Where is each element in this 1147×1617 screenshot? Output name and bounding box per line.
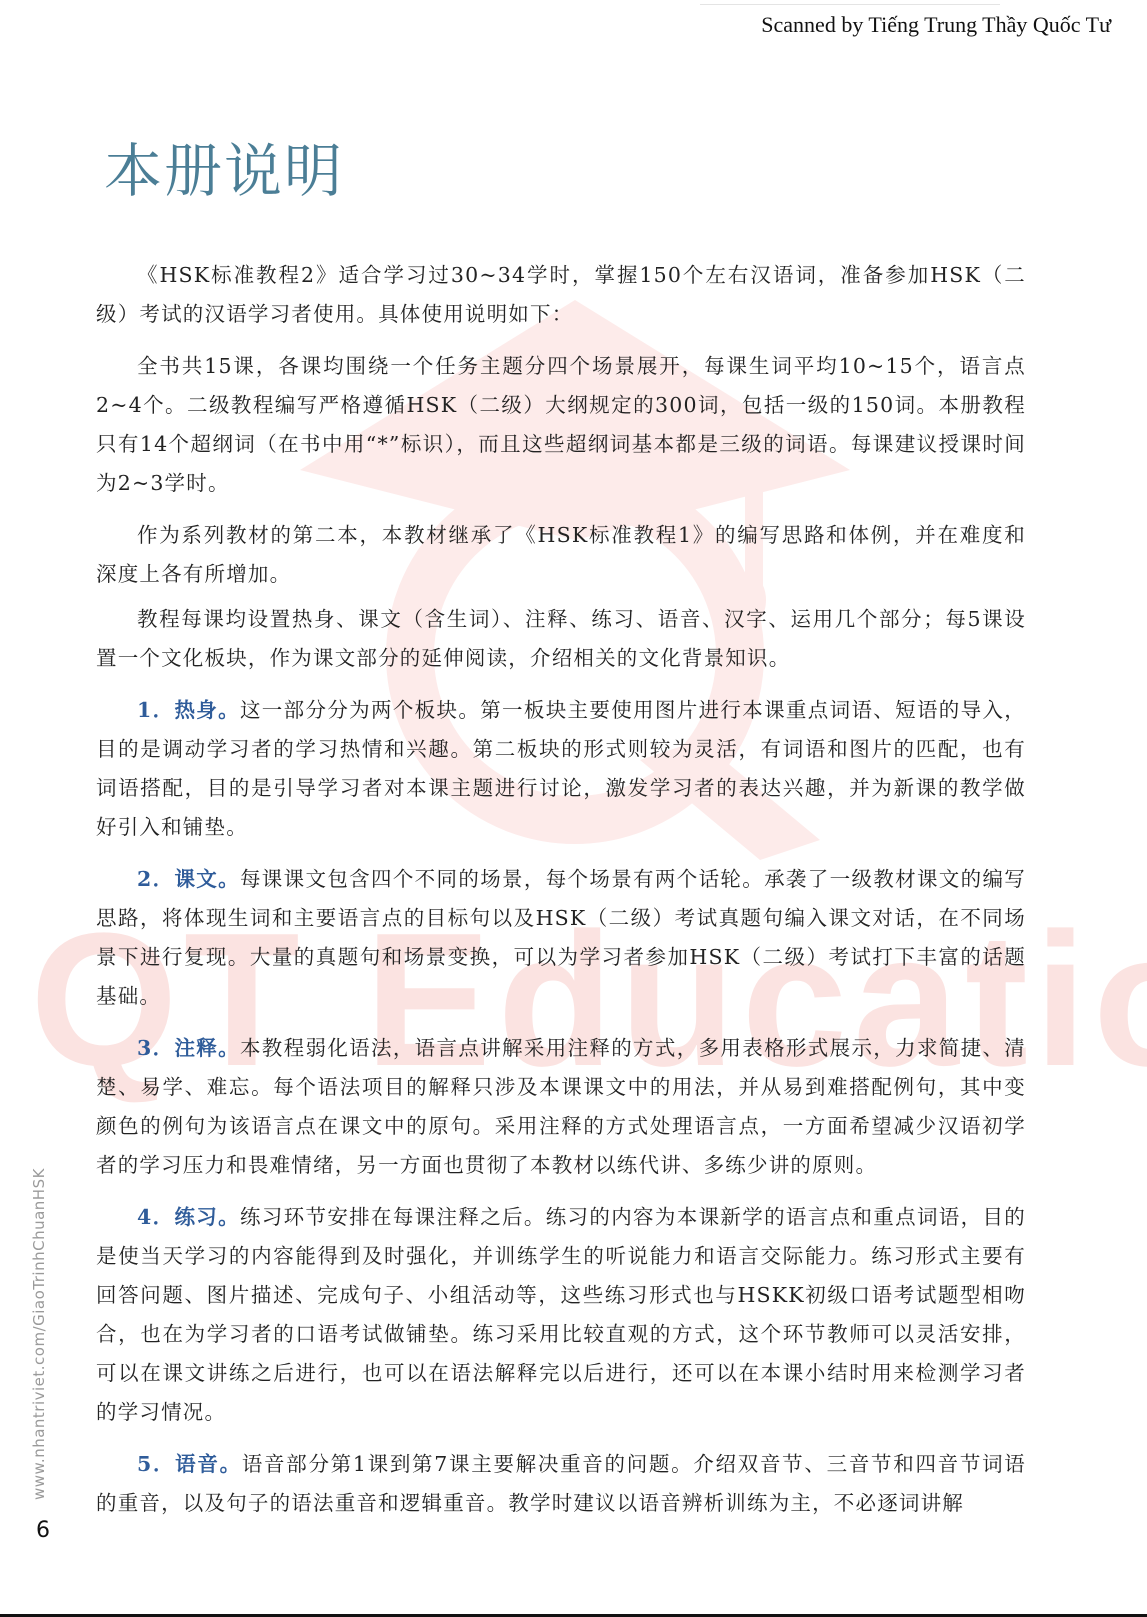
section-heading-text: 2．课文。 [137, 867, 240, 891]
paragraph-text: 教程每课均设置热身、课文（含生词）、注释、练习、语音、汉字、运用几个部分；每5课… [96, 607, 1026, 670]
paragraph-intro: 《HSK标准教程2》适合学习过30~34学时，掌握150个左右汉语词，准备参加H… [96, 256, 1026, 334]
page-title: 本册说明 [104, 124, 344, 208]
paragraph-text: 全书共15课，各课均围绕一个任务主题分四个场景展开，每课生词平均10~15个，语… [96, 354, 1026, 495]
section-heading-notes: 3．注释。 [137, 1036, 240, 1060]
paragraph-structure: 全书共15课，各课均围绕一个任务主题分四个场景展开，每课生词平均10~15个，语… [96, 347, 1026, 503]
body-content: 《HSK标准教程2》适合学习过30~34学时，掌握150个左右汉语词，准备参加H… [96, 256, 1026, 1536]
top-rule [700, 4, 1000, 5]
section-pronunciation: 5．语音。语音部分第1课到第7课主要解决重音的问题。介绍双音节、三音节和四音节词… [96, 1445, 1026, 1523]
section-heading-pronunciation: 5．语音。 [137, 1452, 242, 1476]
paragraph-sections: 教程每课均设置热身、课文（含生词）、注释、练习、语音、汉字、运用几个部分；每5课… [96, 600, 1026, 678]
section-heading-exercises: 4．练习。 [137, 1205, 240, 1229]
paragraph-text: 《HSK标准教程2》适合学习过30~34学时，掌握150个左右汉语词，准备参加H… [96, 263, 1026, 326]
section-heading-warm-up: 1．热身。 [137, 698, 240, 722]
paragraph-continuity: 作为系列教材的第二本，本教材继承了《HSK标准教程1》的编写思路和体例，并在难度… [96, 516, 1026, 594]
paragraph-text: 作为系列教材的第二本，本教材继承了《HSK标准教程1》的编写思路和体例，并在难度… [96, 523, 1026, 586]
section-notes: 3．注释。本教程弱化语法，语言点讲解采用注释的方式，多用表格形式展示，力求简捷、… [96, 1029, 1026, 1185]
section-warm-up: 1．热身。这一部分分为两个板块。第一板块主要使用图片进行本课重点词语、短语的导入… [96, 691, 1026, 847]
paragraph-text: 练习环节安排在每课注释之后。练习的内容为本课新学的语言点和重点词语，目的是使当天… [96, 1205, 1026, 1424]
scan-credit: Scanned by Tiếng Trung Thầy Quốc Tư [761, 12, 1111, 38]
section-text: 2．课文。每课课文包含四个不同的场景，每个场景有两个话轮。承袭了一级教材课文的编… [96, 860, 1026, 1016]
side-url-link[interactable]: www.nhantriviet.com/GiaoTrinhChuanHSK [30, 1168, 48, 1500]
section-exercises: 4．练习。练习环节安排在每课注释之后。练习的内容为本课新学的语言点和重点词语，目… [96, 1198, 1026, 1432]
page-number: 6 [36, 1518, 50, 1543]
